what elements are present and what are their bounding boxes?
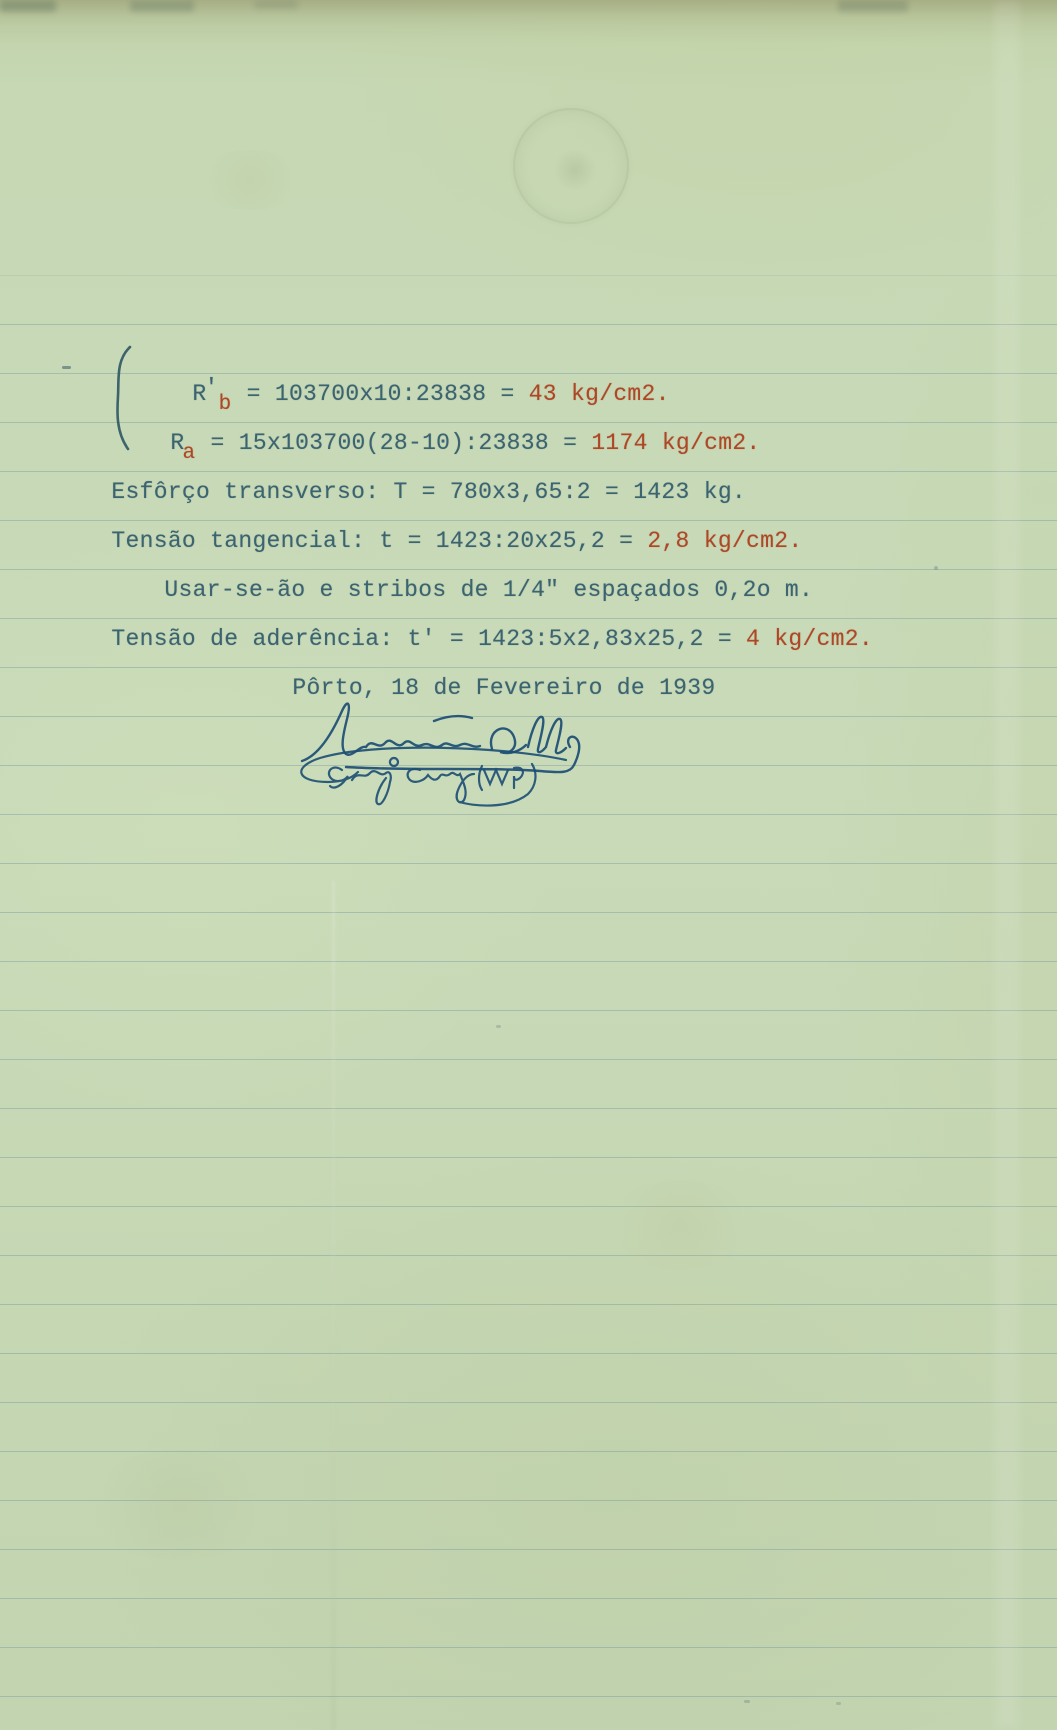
scan-edge-smudge bbox=[254, 0, 298, 9]
ink-speck bbox=[836, 1702, 841, 1705]
embossed-seal-texture bbox=[552, 150, 598, 190]
age-stain bbox=[80, 1450, 280, 1560]
age-stain bbox=[190, 150, 310, 210]
scan-edge-smudge bbox=[0, 0, 56, 12]
ruled-line-faint bbox=[0, 275, 1057, 324]
ink-speck bbox=[62, 366, 71, 369]
ink-speck bbox=[934, 566, 938, 570]
scan-edge-smudge bbox=[838, 0, 908, 12]
ink-speck bbox=[496, 1025, 501, 1028]
signature-title bbox=[282, 740, 592, 820]
paper-fold-sheen bbox=[994, 0, 1020, 1730]
formula-prime: ' bbox=[205, 375, 219, 401]
line-result: 4 kg/cm2. bbox=[746, 626, 873, 652]
scanned-document-page: R'b = 103700x10:23838 = 43 kg/cm2. Ra = … bbox=[0, 0, 1057, 1730]
scan-edge-smudge bbox=[130, 0, 194, 12]
paper-crease bbox=[332, 880, 335, 1730]
ink-speck bbox=[744, 1700, 750, 1703]
age-stain bbox=[600, 1180, 760, 1270]
